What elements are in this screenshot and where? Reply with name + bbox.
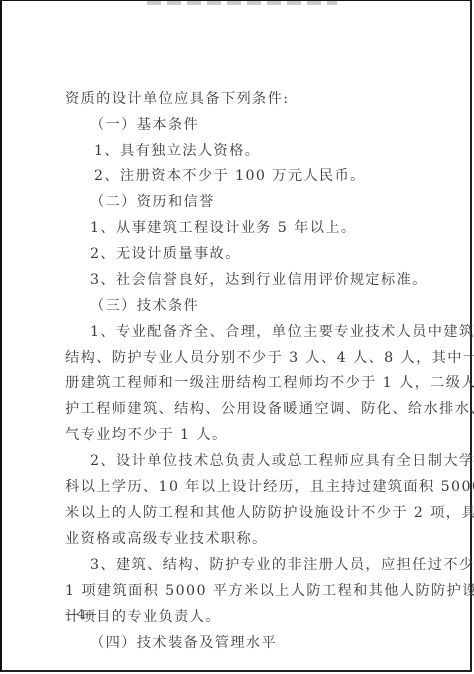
section-heading-2: （二）资历和信誉: [90, 193, 215, 211]
paragraph-line: 1、从事建筑工程设计业务 5 年以上。: [90, 219, 357, 237]
paragraph-line: 护工程师建筑、结构、公用设备暖通空调、防化、给水排水、电: [65, 400, 474, 418]
paragraph-line: 气专业均不少于 1 人。: [65, 426, 228, 444]
paragraph-line: 1、专业配备齐全、合理，单位主要专业技术人员中建筑、: [90, 323, 474, 341]
section-heading-1: （一）基本条件: [90, 116, 199, 134]
paragraph-line: 1 项建筑面积 5000 平方米以上人防工程和其他人防防护设施设: [65, 582, 474, 600]
section-heading-3: （三）技术条件: [90, 297, 199, 315]
paragraph-line: 3、社会信誉良好，达到行业信用评价规定标准。: [90, 271, 428, 289]
bleed-through-text: [147, 1, 337, 5]
paragraph-line: 结构、防护专业人员分别不少于 3 人、4 人、8 人，其中一级注: [65, 349, 474, 367]
paragraph-line: 科以上学历、10 年以上设计经历，且主持过建筑面积 5000 平方: [65, 478, 474, 496]
document-page: 资质的设计单位应具备下列条件: （一）基本条件 1、具有独立法人资格。 2、注册…: [0, 0, 472, 672]
paragraph-line: 米以上的人防工程和其他人防防护设施设计不少于 2 项，具备执: [65, 504, 474, 522]
paragraph-line: 册建筑工程师和一级注册结构工程师均不少于 1 人，二级人防防: [65, 374, 474, 392]
section-heading-4: （四）技术装备及管理水平: [90, 634, 277, 652]
paragraph-line: 2、设计单位技术总负责人或总工程师应具有全日制大学本: [90, 452, 474, 470]
paragraph-line: 1、具有独立法人资格。: [94, 142, 260, 160]
paragraph-line: 2、无设计质量事故。: [90, 245, 241, 263]
paragraph-line: 2、注册资本不少于 100 万元人民币。: [94, 167, 366, 185]
paragraph-line: 3、建筑、结构、防护专业的非注册人员，应担任过不少于: [90, 556, 474, 574]
intro-line: 资质的设计单位应具备下列条件:: [65, 90, 289, 108]
page-number: —4—: [65, 607, 97, 621]
paragraph-line: 业资格或高级专业技术职称。: [65, 530, 268, 548]
